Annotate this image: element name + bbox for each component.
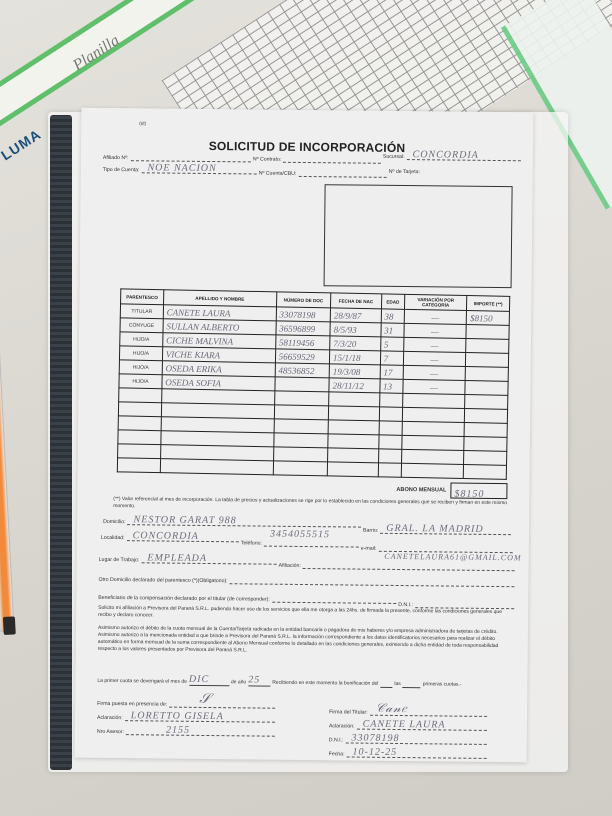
cell-importe[interactable] (464, 450, 507, 465)
cell-doc[interactable]: 58119456 (275, 335, 330, 350)
cell-variacion[interactable]: — (403, 379, 465, 394)
cell-variacion[interactable]: — (404, 337, 466, 352)
cuenta-cbu-field[interactable]: Nº Cuenta/CBU: (259, 168, 389, 178)
contrato-field[interactable]: Nº Contrato: (253, 153, 383, 163)
cell-variacion[interactable] (402, 407, 464, 422)
cell-variacion[interactable]: — (404, 309, 466, 324)
cell-edad[interactable] (379, 393, 403, 407)
cell-doc[interactable] (273, 447, 328, 462)
fecha-field[interactable]: Fecha: 10-12-25 (329, 748, 489, 759)
cell-edad[interactable] (379, 421, 403, 435)
cell-edad[interactable] (378, 435, 402, 449)
cell-nombre[interactable] (160, 459, 273, 475)
sucursal-field[interactable]: Sucursal: CONCORDIA (383, 151, 523, 161)
localidad-field[interactable]: Localidad: CONCORDIA (101, 532, 241, 542)
cell-importe[interactable]: $8150 (466, 311, 509, 326)
cell-importe[interactable] (463, 464, 506, 479)
cell-parentesco[interactable] (118, 402, 161, 417)
tipo-cuenta-field[interactable]: Tipo de Cuenta: NOE NACION (103, 164, 259, 175)
column-header: IMPORTE (**) (467, 296, 510, 312)
cell-importe[interactable] (464, 436, 507, 451)
cell-fecha[interactable]: 8/5/93 (330, 322, 381, 337)
barrio-field[interactable]: Barrio: GRAL. LA MADRID (363, 525, 513, 536)
cell-doc[interactable] (274, 419, 329, 434)
cell-parentesco[interactable] (117, 458, 160, 473)
cell-fecha[interactable] (328, 420, 379, 435)
firma-titular-field[interactable]: Firma del Titular: 𝒞𝒶𝓃𝑒 (329, 706, 489, 717)
cell-importe[interactable] (466, 353, 509, 368)
cell-variacion[interactable] (402, 435, 464, 450)
cell-edad[interactable] (379, 407, 403, 421)
cell-edad[interactable]: 17 (380, 365, 404, 379)
legal-text-1: Solicito mi afiliación a Previsora del P… (98, 605, 508, 623)
cell-importe[interactable] (464, 409, 507, 424)
cell-edad[interactable]: 5 (380, 337, 404, 351)
column-header: FECHA DE NAC (331, 293, 382, 309)
cell-edad[interactable]: 7 (380, 351, 404, 365)
cell-fecha[interactable]: 19/3/08 (329, 364, 380, 379)
cell-edad[interactable]: 13 (379, 379, 403, 393)
cell-fecha[interactable] (328, 406, 379, 421)
aclaracion-field[interactable]: Aclaración: LORETTO GISELA (97, 712, 277, 723)
cell-importe[interactable] (466, 325, 509, 340)
cell-parentesco[interactable] (118, 430, 161, 445)
cell-fecha[interactable] (327, 462, 378, 477)
cell-importe[interactable] (465, 367, 508, 382)
cell-variacion[interactable] (402, 421, 464, 436)
cell-doc[interactable]: 36596899 (276, 321, 331, 336)
abono-value-box[interactable]: $8150 (450, 483, 507, 500)
cell-parentesco[interactable]: HIJO/A (120, 332, 163, 347)
cell-parentesco[interactable] (118, 416, 161, 431)
cell-doc[interactable] (273, 433, 328, 448)
cell-edad[interactable] (378, 449, 402, 463)
cell-fecha[interactable] (328, 448, 379, 463)
cell-parentesco[interactable] (119, 388, 162, 403)
form-page: 0/0 SOLICITUD DE INCORPORACIÓN Afiliado … (75, 108, 534, 763)
telefono-field[interactable]: Teléfono: 3454055515 (241, 537, 361, 547)
members-table: PARENTESCOAPELLIDO Y NOMBRENÚMERO DE DOC… (117, 288, 510, 479)
cell-edad[interactable]: 38 (381, 309, 405, 323)
otro-domicilio-field[interactable]: Otro Domicilio declarado del parentesco … (98, 574, 516, 587)
cell-importe[interactable] (464, 423, 507, 438)
cell-edad[interactable]: 31 (381, 323, 405, 337)
cell-fecha[interactable]: 7/3/20 (330, 336, 381, 351)
cell-variacion[interactable]: — (403, 365, 465, 380)
asesor-field[interactable]: Nro Asesor: 2155 (97, 726, 277, 737)
cell-doc[interactable]: 56659529 (275, 349, 330, 364)
cell-doc[interactable] (274, 391, 329, 406)
first-fee-line: La primer cuota se devengará el mes de D… (97, 673, 507, 689)
abono-mensual: ABONO MENSUAL $8150 (396, 482, 507, 499)
column-header: EDAD (381, 294, 405, 309)
cell-parentesco[interactable] (118, 444, 161, 459)
cell-parentesco[interactable]: TITULAR (120, 304, 163, 319)
cell-edad[interactable] (378, 463, 402, 477)
trabajo-field[interactable]: Lugar de Trabajo: EMPLEADA (99, 554, 279, 565)
bonus-pct[interactable] (380, 687, 392, 688)
witness-signature: 𝒮 (199, 692, 211, 708)
aclaracion-titular-field[interactable]: Aclaración: CANETE LAURA (329, 720, 489, 731)
cell-variacion[interactable] (401, 463, 463, 478)
cell-parentesco[interactable]: HIJO/A (119, 374, 162, 389)
cell-doc[interactable] (273, 461, 328, 476)
pen-cap (3, 616, 16, 635)
folder-zipper (50, 115, 72, 770)
photo-box (324, 184, 513, 288)
cell-fecha[interactable]: 15/1/18 (329, 350, 380, 365)
cell-fecha[interactable] (329, 392, 380, 407)
cell-importe[interactable] (466, 339, 509, 354)
cell-parentesco[interactable]: HIJO/A (119, 360, 162, 375)
column-header: NÚMERO DE DOC (276, 292, 331, 308)
first-fee-month[interactable]: DIC (189, 674, 229, 686)
cell-parentesco[interactable]: CÓNYUGE (120, 318, 163, 333)
domicilio-field[interactable]: Domicilio: NESTOR GARAT 988 (103, 516, 363, 528)
column-header: VARIACIÓN POR CATEGORÍA (404, 294, 467, 310)
legal-text-2: Asimismo autorizo el débito de la cuota … (98, 625, 508, 657)
cell-variacion[interactable] (403, 393, 465, 408)
cell-importe[interactable] (465, 395, 508, 410)
beneficiario-field[interactable]: Beneficiario de la compensación declarad… (98, 592, 398, 604)
firma-presencia-field[interactable]: Firma puesta en presencia de: 𝒮 (97, 698, 277, 709)
cell-variacion[interactable] (401, 449, 463, 464)
cell-importe[interactable] (465, 381, 508, 396)
cell-fecha[interactable]: 28/9/87 (330, 308, 381, 323)
cell-fecha[interactable] (328, 434, 379, 449)
titular-signature: 𝒞𝒶𝓃𝑒 (376, 701, 408, 716)
tarjeta-field[interactable]: Nº de Tarjeta: (389, 169, 449, 176)
cell-doc[interactable] (274, 405, 329, 420)
cell-doc[interactable] (274, 377, 329, 392)
page-code: 0/0 (139, 121, 146, 127)
afiliacion-field[interactable]: Afiliación: (279, 560, 517, 571)
bonus-count[interactable] (403, 687, 421, 688)
dni-titular-field[interactable]: D.N.I.: 33078198 (329, 734, 489, 745)
cell-variacion[interactable]: — (403, 351, 465, 366)
first-fee-year[interactable]: 25 (248, 674, 270, 686)
price-note: (**) Valor referencial al mes de incorpo… (113, 496, 513, 514)
email-field[interactable]: e-mail: CANETELAURA61@GMAIL.COM (361, 543, 515, 554)
cell-doc[interactable]: 33078198 (276, 307, 331, 322)
cell-parentesco[interactable]: HIJO/A (119, 346, 162, 361)
cell-fecha[interactable]: 28/11/12 (329, 378, 380, 393)
cell-doc[interactable]: 48536852 (275, 363, 330, 378)
afiliado-field[interactable]: Afiliado Nº: (103, 152, 253, 163)
cell-variacion[interactable]: — (404, 323, 466, 338)
column-header: PARENTESCO (121, 289, 164, 305)
